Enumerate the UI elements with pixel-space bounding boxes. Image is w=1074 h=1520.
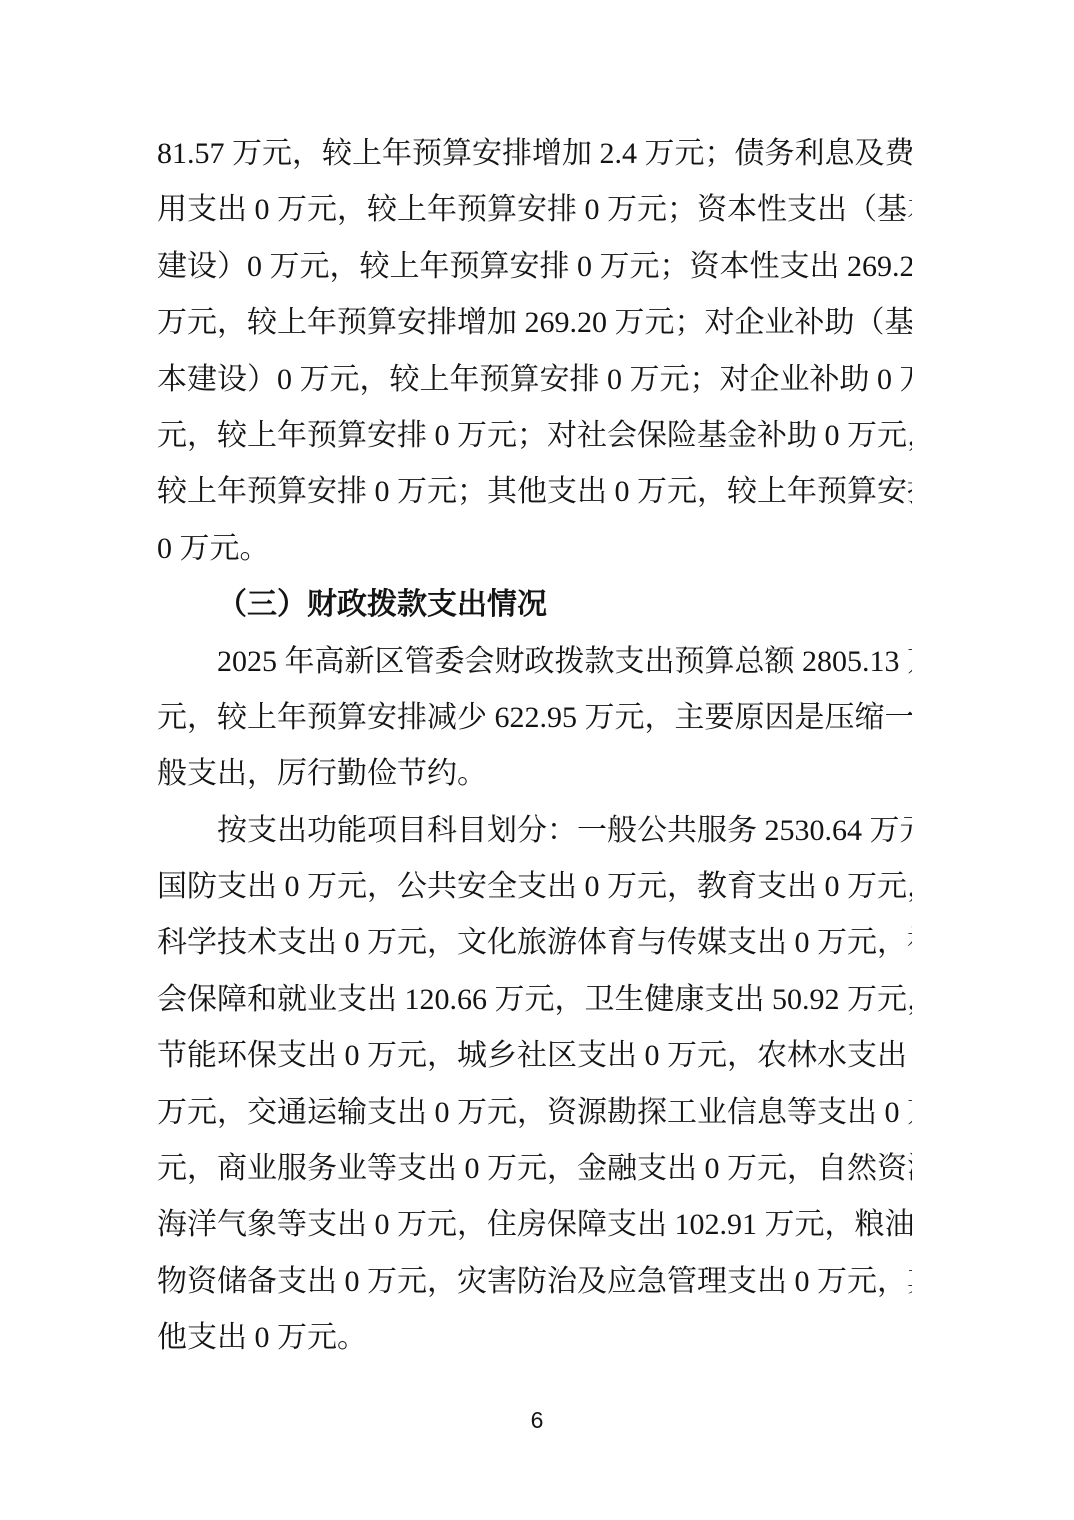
text-line: 元，较上年预算安排减少 622.95 万元，主要原因是压缩一 xyxy=(157,690,912,746)
text-line: 会保障和就业支出 120.66 万元，卫生健康支出 50.92 万元， xyxy=(157,972,912,1028)
text-line: 本建设）0 万元，较上年预算安排 0 万元；对企业补助 0 万 xyxy=(157,352,912,408)
page-number: 6 xyxy=(0,1406,1074,1434)
text-line: 2025 年高新区管委会财政拨款支出预算总额 2805.13 万 xyxy=(157,634,912,690)
paragraph-expenditure-comparison: 81.57 万元，较上年预算安排增加 2.4 万元；债务利息及费 用支出 0 万… xyxy=(157,126,912,577)
text-line: 他支出 0 万元。 xyxy=(157,1310,912,1366)
text-line: 海洋气象等支出 0 万元，住房保障支出 102.91 万元，粮油 xyxy=(157,1197,912,1253)
text-line: 国防支出 0 万元，公共安全支出 0 万元，教育支出 0 万元， xyxy=(157,859,912,915)
text-line: 科学技术支出 0 万元，文化旅游体育与传媒支出 0 万元，社 xyxy=(157,915,912,971)
text-line: 建设）0 万元，较上年预算安排 0 万元；资本性支出 269.20 xyxy=(157,239,912,295)
document-page: 81.57 万元，较上年预算安排增加 2.4 万元；债务利息及费 用支出 0 万… xyxy=(0,0,1074,1520)
text-line: 元，商业服务业等支出 0 万元，金融支出 0 万元，自然资源 xyxy=(157,1141,912,1197)
text-line: 用支出 0 万元，较上年预算安排 0 万元；资本性支出（基本 xyxy=(157,182,912,238)
document-body: 81.57 万元，较上年预算安排增加 2.4 万元；债务利息及费 用支出 0 万… xyxy=(157,126,912,1367)
text-line: 物资储备支出 0 万元，灾害防治及应急管理支出 0 万元，其 xyxy=(157,1254,912,1310)
text-line: 按支出功能项目科目划分：一般公共服务 2530.64 万元， xyxy=(157,803,912,859)
text-line: 较上年预算安排 0 万元；其他支出 0 万元，较上年预算安排 xyxy=(157,464,912,520)
text-line: 81.57 万元，较上年预算安排增加 2.4 万元；债务利息及费 xyxy=(157,126,912,182)
text-line: 般支出，厉行勤俭节约。 xyxy=(157,746,912,802)
paragraph-total-appropriation-expenditure: 2025 年高新区管委会财政拨款支出预算总额 2805.13 万 元，较上年预算… xyxy=(157,634,912,803)
section-heading-fiscal-appropriation-expenditure: （三）财政拨款支出情况 xyxy=(157,577,912,633)
text-line: 0 万元。 xyxy=(157,521,912,577)
text-line: 节能环保支出 0 万元，城乡社区支出 0 万元，农林水支出 0 xyxy=(157,1028,912,1084)
text-line: 元，较上年预算安排 0 万元；对社会保险基金补助 0 万元， xyxy=(157,408,912,464)
text-line: 万元，交通运输支出 0 万元，资源勘探工业信息等支出 0 万 xyxy=(157,1085,912,1141)
text-line: 万元，较上年预算安排增加 269.20 万元；对企业补助（基 xyxy=(157,295,912,351)
paragraph-expenditure-by-function: 按支出功能项目科目划分：一般公共服务 2530.64 万元， 国防支出 0 万元… xyxy=(157,803,912,1367)
